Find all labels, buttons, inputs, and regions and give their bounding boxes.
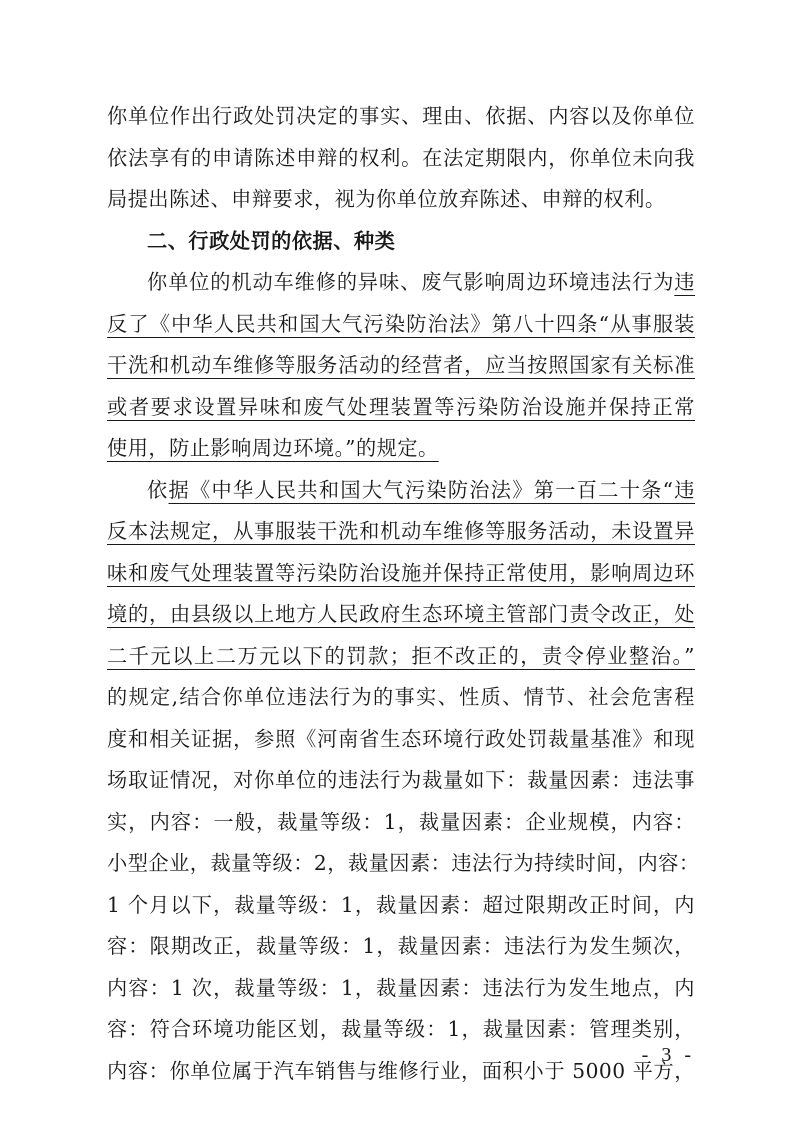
underlined-text: 违 xyxy=(674,270,695,294)
underlined-text: 据《中华人民共和国大气污染防治法》第一百二十条“违 xyxy=(169,478,696,502)
text-line: 局提出陈述、申辩要求，视为你单位放弃陈述、申辩的权利。 xyxy=(107,179,695,221)
text-line: 你单位的机动车维修的异味、废气影响周边环境违法行为违 xyxy=(107,262,695,304)
underlined-text: 味和废气处理装置等污染防治设施并保持正常使用，影响周边环 xyxy=(107,561,695,585)
text-line: 二千元以上二万元以下的罚款；拒不改正的，责令停业整治。” xyxy=(107,636,695,678)
text-line: 场取证情况，对你单位的违法行为裁量如下：裁量因素：违法事 xyxy=(107,760,695,802)
text-line: 反了《中华人民共和国大气污染防治法》第八十四条“从事服装 xyxy=(107,304,695,346)
page-number: - 3 - xyxy=(642,1044,695,1067)
document-page: 你单位作出行政处罚决定的事实、理由、依据、内容以及你单位 依法享有的申请陈述申辩… xyxy=(107,96,695,1092)
underlined-text: 二千元以上二万元以下的罚款；拒不改正的，责令停业整治。” xyxy=(107,644,695,668)
text-line: 实，内容：一般，裁量等级：1，裁量因素：企业规模，内容： xyxy=(107,802,695,844)
text-line: 内容：1 次，裁量等级：1，裁量因素：违法行为发生地点，内 xyxy=(107,968,695,1010)
text-line: 干洗和机动车维修等服务活动的经营者，应当按照国家有关标准 xyxy=(107,345,695,387)
text-line: 容：符合环境功能区划，裁量等级：1，裁量因素：管理类别， xyxy=(107,1009,695,1051)
paragraph-violation: 你单位的机动车维修的异味、废气影响周边环境违法行为违 反了《中华人民共和国大气污… xyxy=(107,262,695,470)
text-line: 度和相关证据，参照《河南省生态环境行政处罚裁量基准》和现 xyxy=(107,719,695,761)
text-line: 容：限期改正，裁量等级：1，裁量因素：违法行为发生频次， xyxy=(107,926,695,968)
text-line: 依据《中华人民共和国大气污染防治法》第一百二十条“违 xyxy=(107,470,695,512)
text-line: 内容：你单位属于汽车销售与维修行业，面积小于 5000 平方， xyxy=(107,1051,695,1093)
text-line: 你单位作出行政处罚决定的事实、理由、依据、内容以及你单位 xyxy=(107,96,695,138)
underlined-text: 或者要求设置异味和废气处理装置等污染防治设施并保持正常 xyxy=(107,395,695,419)
text-segment: 你单位的机动车维修的异味、废气影响周边环境违法行为 xyxy=(147,270,674,294)
underlined-text: 干洗和机动车维修等服务活动的经营者，应当按照国家有关标准 xyxy=(107,353,695,377)
text-line: 味和废气处理装置等污染防治设施并保持正常使用，影响周边环 xyxy=(107,553,695,595)
paragraph-basis: 依据《中华人民共和国大气污染防治法》第一百二十条“违 反本法规定，从事服装干洗和… xyxy=(107,470,695,678)
text-segment: 依 xyxy=(147,478,169,502)
text-line: 境的，由县级以上地方人民政府生态环境主管部门责令改正，处 xyxy=(107,594,695,636)
underlined-text: 使用，防止影响周边环境。”的规定。 xyxy=(107,436,439,460)
text-line: 反本法规定，从事服装干洗和机动车维修等服务活动，未设置异 xyxy=(107,511,695,553)
section-heading: 二、行政处罚的依据、种类 xyxy=(107,221,695,263)
text-line: 或者要求设置异味和废气处理装置等污染防治设施并保持正常 xyxy=(107,387,695,429)
paragraph-rights: 你单位作出行政处罚决定的事实、理由、依据、内容以及你单位 依法享有的申请陈述申辩… xyxy=(107,96,695,221)
underlined-text: 境的，由县级以上地方人民政府生态环境主管部门责令改正，处 xyxy=(107,602,695,626)
text-line: 依法享有的申请陈述申辩的权利。在法定期限内，你单位未向我 xyxy=(107,138,695,180)
text-line: 的规定,结合你单位违法行为的事实、性质、情节、社会危害程 xyxy=(107,677,695,719)
paragraph-discretion: 的规定,结合你单位违法行为的事实、性质、情节、社会危害程 度和相关证据，参照《河… xyxy=(107,677,695,1092)
text-line: 1 个月以下，裁量等级：1，裁量因素：超过限期改正时间，内 xyxy=(107,885,695,927)
underlined-text: 反了《中华人民共和国大气污染防治法》第八十四条“从事服装 xyxy=(107,312,695,336)
text-line: 使用，防止影响周边环境。”的规定。 xyxy=(107,428,695,470)
text-line: 小型企业，裁量等级：2，裁量因素：违法行为持续时间，内容： xyxy=(107,843,695,885)
underlined-text: 反本法规定，从事服装干洗和机动车维修等服务活动，未设置异 xyxy=(107,519,695,543)
